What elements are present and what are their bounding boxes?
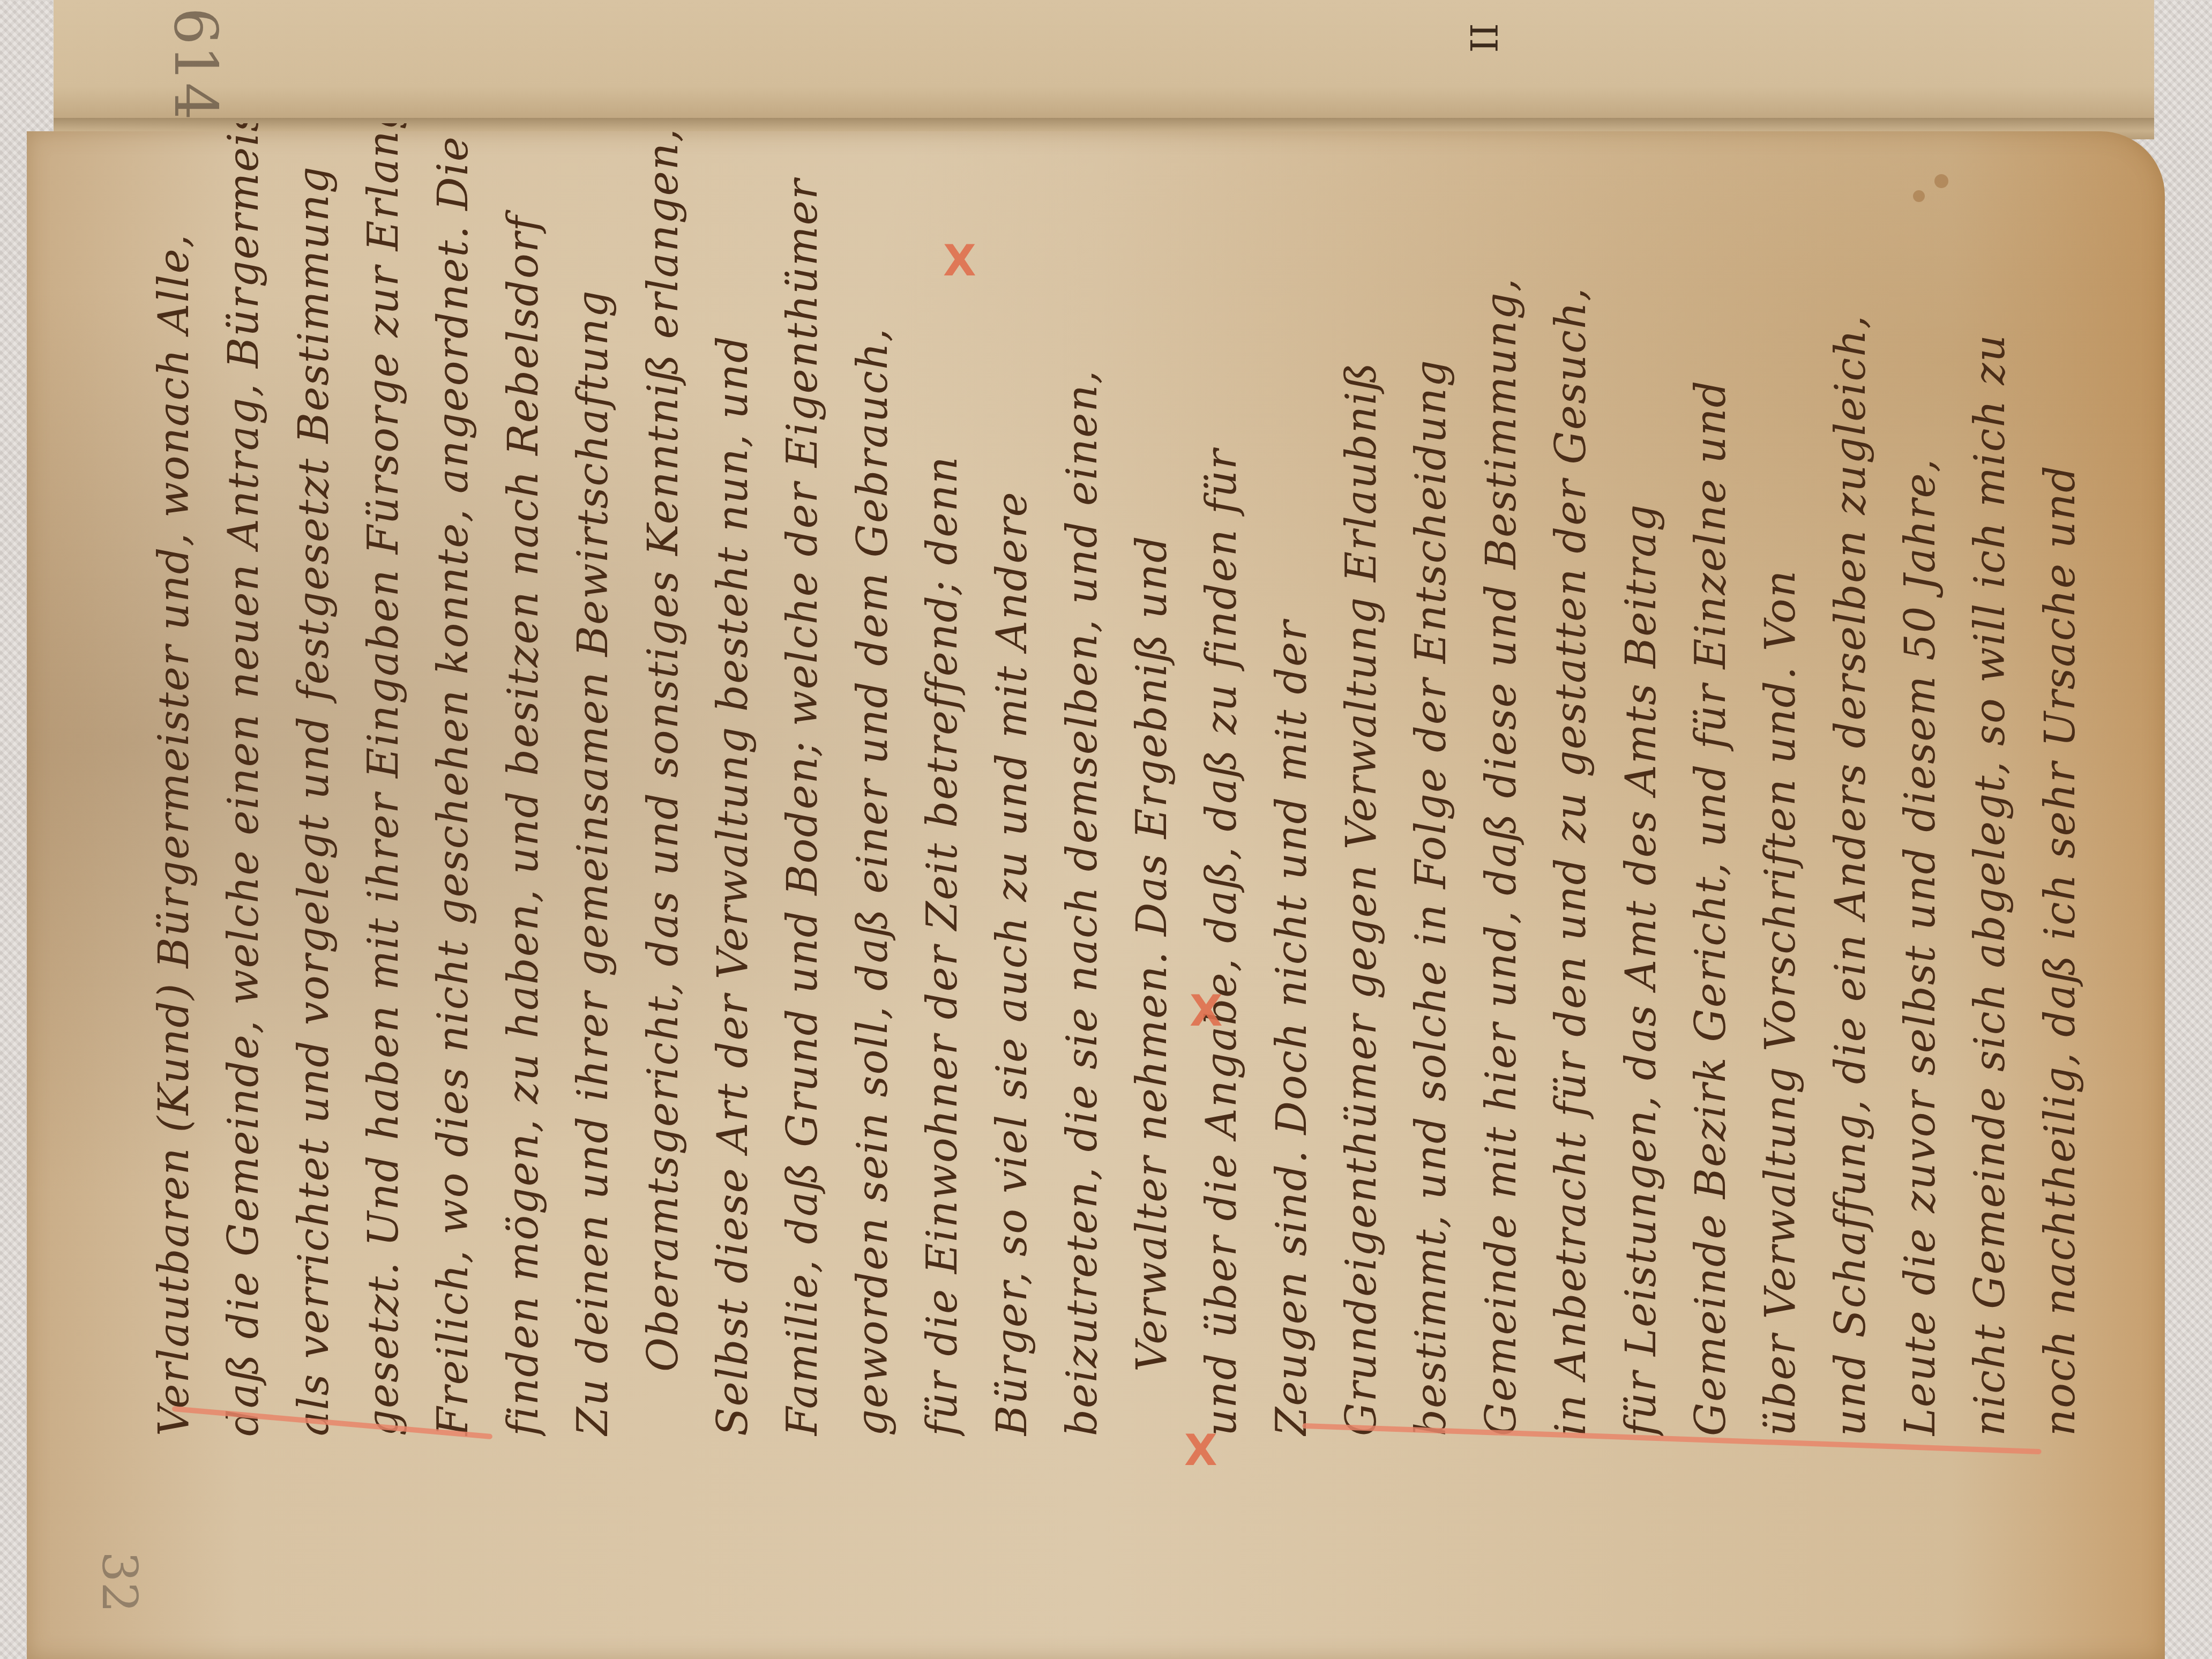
manuscript-line: und Schaffung, die ein Anders derselben … [1811, 123, 1880, 1436]
manuscript-line: für Leistungen, das Amt des Amts Beitrag [1601, 123, 1671, 1436]
manuscript-line: Grundeigenthümer gegen Verwaltung Erlaub… [1321, 123, 1391, 1436]
handwritten-text-block: Verlautbaren (Kund) Bürgermeister und, w… [134, 123, 2090, 1436]
manuscript-line: daß die Gemeinde, welche einen neuen Ant… [204, 123, 273, 1436]
manuscript-line: über Verwaltung Vorschriften und. Von [1740, 123, 1810, 1436]
manuscript-line: als verrichtet und vorgelegt und festges… [274, 123, 343, 1436]
manuscript-line: Familie, daß Grund und Boden; welche der… [763, 123, 832, 1436]
manuscript-line: für die Einwohner der Zeit betreffend; d… [902, 123, 972, 1436]
manuscript-line: noch nachtheilig, daß ich sehr Ursache u… [2020, 123, 2090, 1436]
manuscript-line: geworden sein soll, daß einer und dem Ge… [833, 123, 902, 1436]
manuscript-line: Verlautbaren (Kund) Bürgermeister und, w… [134, 123, 204, 1436]
manuscript-line: Bürger, so viel sie auch zu und mit Ande… [972, 123, 1042, 1436]
roman-numeral-marker: II [1461, 23, 1505, 53]
manuscript-line: Leute die zuvor selbst und diesem 50 Jah… [1880, 123, 1950, 1436]
manuscript-line: Gemeinde Bezirk Gericht, und für Einzeln… [1671, 123, 1740, 1436]
manuscript-line: gesetzt. Und haben mit ihrer Eingaben Fü… [343, 123, 413, 1436]
manuscript-line: und über die Angabe, daß, daß zu finden … [1182, 123, 1251, 1436]
manuscript-line: Oberamtsgericht, das und sonstiges Kennt… [623, 123, 693, 1436]
manuscript-line: Zu deinen und ihrer gemeinsamen Bewirtsc… [553, 123, 623, 1436]
manuscript-line: bestimmt, und solche in Folge der Entsch… [1391, 123, 1461, 1436]
manuscript-line: finden mögen, zu haben, und besitzen nac… [483, 123, 553, 1436]
manuscript-line: Verwalter nehmen. Das Ergebniß und [1112, 123, 1182, 1436]
manuscript-line: beizutreten, die sie nach demselben, und… [1042, 123, 1112, 1436]
folio-number-bottom: 32 [91, 1551, 147, 1613]
manuscript-line: in Anbetracht für den und zu gestatten d… [1531, 123, 1601, 1436]
manuscript-line: Zeugen sind. Doch nicht und mit der [1252, 123, 1321, 1436]
manuscript-line: nicht Gemeinde sich abgelegt, so will ic… [1950, 123, 2020, 1436]
manuscript-line: Selbst diese Art der Verwaltung besteht … [693, 123, 763, 1436]
red-x-mark: X [1184, 1425, 1217, 1475]
manuscript-line: Freilich, wo dies nicht geschehen konnte… [413, 123, 483, 1436]
manuscript-line: Gemeinde mit hier und, daß diese und Bes… [1461, 123, 1531, 1436]
red-x-mark: X [1190, 986, 1223, 1036]
red-x-mark: X [943, 236, 976, 286]
folio-number-top: 614 [161, 8, 230, 120]
facing-page-edge: 614 II [54, 0, 2154, 126]
